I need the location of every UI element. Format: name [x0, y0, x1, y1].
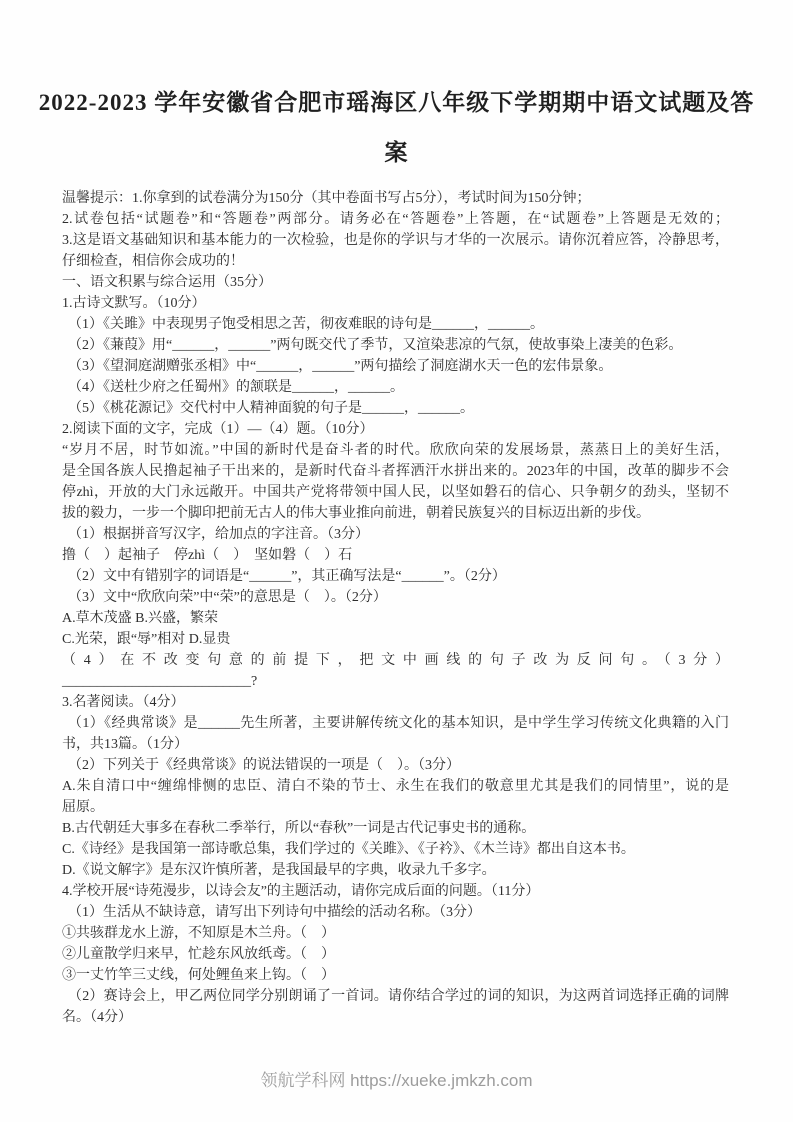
q4-sub2: （2）赛诗会上，甲乙两位同学分别朗诵了一首词。请你结合学过的词的知识，为这两首词…	[62, 986, 729, 1007]
notice-line-1: 温馨提示：1.你拿到的试卷满分为150分（其中卷面书写占5分），考试时间为150…	[62, 188, 729, 209]
q1-item-4: （4）《送杜少府之任蜀州》的颔联是______，______。	[62, 377, 729, 398]
q2-sub3-options-cd: C.光荣，跟“辱”相对 D.显贵	[62, 629, 729, 650]
q2-heading: 2.阅读下面的文字，完成（1）—（4）题。（10分）	[62, 419, 729, 440]
q1-item-1: （1）《关雎》中表现男子饱受相思之苦，彻夜难眠的诗句是______，______…	[62, 314, 729, 335]
q2-sub1-pinyin-line: 撸（ ）起袖子 停zhì（ ） 坚如磐（ ）石	[62, 545, 729, 566]
section-1-heading: 一、语文积累与综合运用（35分）	[62, 272, 729, 293]
q3-sub2-option-a: A.朱自清口中“缠绵悱恻的忠臣、清白不染的节士、永生在我们的敬意里尤其是我们的同…	[62, 776, 729, 797]
watermark-text: 领航学科网 https://xueke.jmkzh.com	[260, 1071, 532, 1090]
q2-passage-line-1: “岁月不居，时节如流。”中国的新时代是奋斗者的时代。欣欣向荣的发展场景，蒸蒸日上…	[62, 440, 729, 461]
q4-sub1: （1）生活从不缺诗意，请写出下列诗句中描绘的活动名称。（3分）	[62, 902, 729, 923]
exam-paper-page: 2022-2023 学年安徽省合肥市瑶海区八年级下学期期中语文试题及答 案 温馨…	[0, 0, 793, 1122]
q1-item-2: （2）《蒹葭》用“______，______”两句既交代了季节，又渲染悲凉的气氛…	[62, 335, 729, 356]
q3-sub2: （2）下列关于《经典常谈》的说法错误的一项是（ ）。（3分）	[62, 755, 729, 776]
q4-sub2-cont: 名。（4分）	[62, 1007, 729, 1028]
q1-item-5: （5）《桃花源记》交代村中人精神面貌的句子是______，______。	[62, 398, 729, 419]
q2-sub4: （4）在不改变句意的前提下，把文中画线的句子改为反问句。（3分）	[62, 650, 729, 671]
q3-heading: 3.名著阅读。（4分）	[62, 692, 729, 713]
q2-sub2: （2）文中有错别字的词语是“______”，其正确写法是“______”。（2分…	[62, 566, 729, 587]
document-title-line1: 2022-2023 学年安徽省合肥市瑶海区八年级下学期期中语文试题及答	[0, 78, 793, 128]
document-title-line2: 案	[0, 128, 793, 178]
q2-sub1: （1）根据拼音写汉字，给加点的字注音。（3分）	[62, 524, 729, 545]
q2-sub3: （3）文中“欣欣向荣”中“荣”的意思是（ ）。（2分）	[62, 587, 729, 608]
q2-passage-line-2: 是全国各族人民撸起袖子干出来的，是新时代奋斗者挥洒汗水拼出来的。2023年的中国…	[62, 461, 729, 482]
notice-line-3-cont: 仔细检查，相信你会成功的！	[62, 251, 729, 272]
q4-sub1-item-2: ②儿童散学归来早，忙趁东风放纸鸢。（ ）	[62, 944, 729, 965]
q3-sub1: （1）《经典常谈》是______先生所著，主要讲解传统文化的基本知识，是中学生学…	[62, 713, 729, 734]
exam-body: 温馨提示：1.你拿到的试卷满分为150分（其中卷面书写占5分），考试时间为150…	[62, 188, 729, 1028]
q2-passage-line-3: 停zhì，开放的大门永远敞开。中国共产党将带领中国人民，以坚如磐石的信心、只争朝…	[62, 482, 729, 503]
q4-heading: 4.学校开展“诗苑漫步，以诗会友”的主题活动，请你完成后面的问题。（11分）	[62, 881, 729, 902]
q4-sub1-item-1: ①共骇群龙水上游，不知原是木兰舟。（ ）	[62, 923, 729, 944]
watermark-footer: 领航学科网 https://xueke.jmkzh.com	[0, 1066, 793, 1091]
q2-sub3-options-ab: A.草木茂盛 B.兴盛，繁荣	[62, 608, 729, 629]
q3-sub1-cont: 书，共13篇。（1分）	[62, 734, 729, 755]
q3-sub2-option-a-cont: 屈原。	[62, 797, 729, 818]
q3-sub2-option-b: B.古代朝廷大事多在春秋二季举行，所以“春秋”一词是古代记事史书的通称。	[62, 818, 729, 839]
q1-item-3: （3）《望洞庭湖赠张丞相》中“______，______”两句描绘了洞庭湖水天一…	[62, 356, 729, 377]
q2-passage-line-4: 拔的毅力，一步一个脚印把前无古人的伟大事业推向前进，朝着民族复兴的目标迈出新的步…	[62, 503, 729, 524]
notice-line-2: 2.试卷包括“试题卷”和“答题卷”两部分。请务必在“答题卷”上答题，在“试题卷”…	[62, 209, 729, 230]
q3-sub2-option-c: C.《诗经》是我国第一部诗歌总集，我们学过的《关雎》、《子衿》、《木兰诗》都出自…	[62, 839, 729, 860]
q2-sub4-answer-line: ___________________________?	[62, 671, 729, 692]
q1-heading: 1.古诗文默写。（10分）	[62, 293, 729, 314]
q3-sub2-option-d: D.《说文解字》是东汉许慎所著，是我国最早的字典，收录九千多字。	[62, 860, 729, 881]
notice-line-3: 3.这是语文基础知识和基本能力的一次检验，也是你的学识与才华的一次展示。请你沉着…	[62, 230, 729, 251]
q4-sub1-item-3: ③一丈竹竿三丈线，何处鲤鱼来上钩。（ ）	[62, 965, 729, 986]
document-title: 2022-2023 学年安徽省合肥市瑶海区八年级下学期期中语文试题及答 案	[0, 0, 793, 178]
